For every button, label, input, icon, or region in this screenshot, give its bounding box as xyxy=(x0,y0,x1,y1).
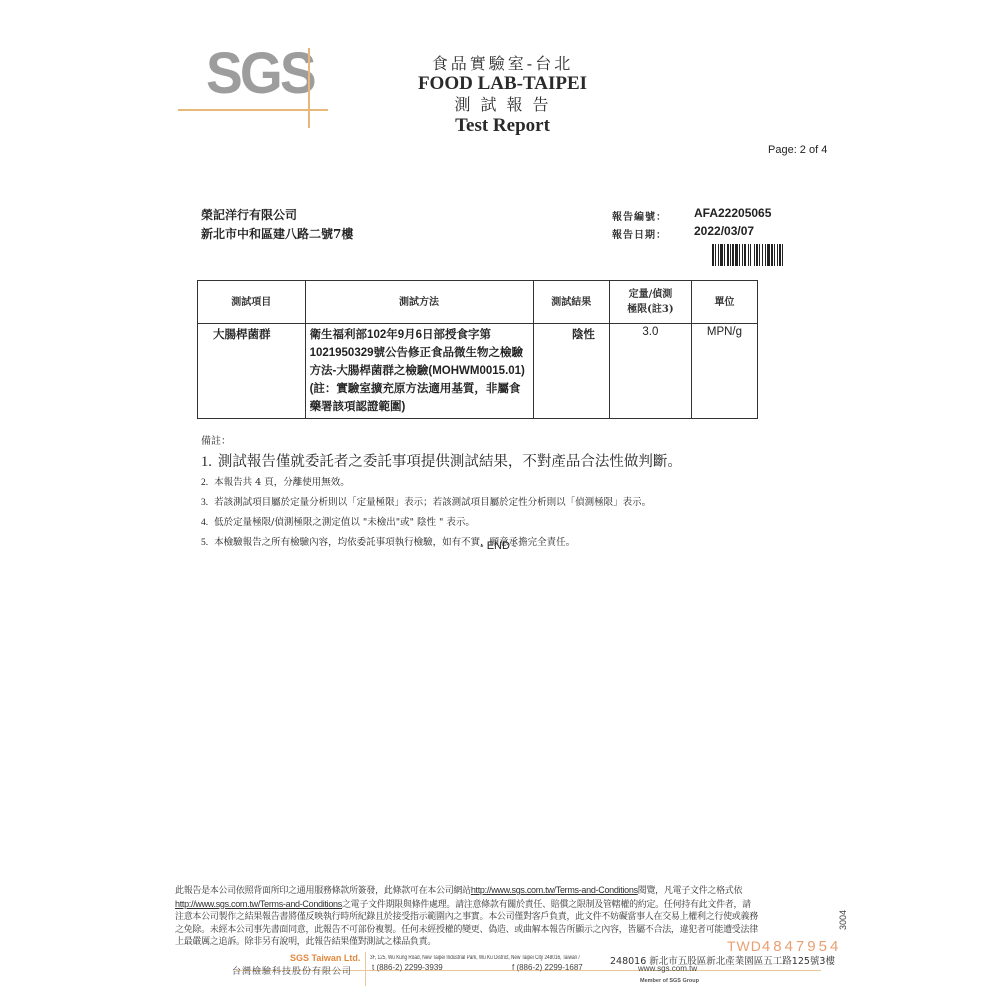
lab-title-en: FOOD LAB-TAIPEI xyxy=(400,74,605,94)
report-number-label: 報告編號： xyxy=(612,208,667,223)
header-test-item: 測試項目 xyxy=(198,281,306,324)
end-marker: - END - xyxy=(480,540,517,552)
company-fax: f (886-2) 2299-1687 xyxy=(512,963,583,972)
results-table: 測試項目 測試方法 測試結果 定量/偵測 極限(註3) 單位 大腸桿菌群 衛生福… xyxy=(197,280,758,419)
page-number: Page: 2 of 4 xyxy=(768,144,827,156)
barcode xyxy=(712,244,820,266)
report-number: AFA22205065 xyxy=(694,206,771,220)
company-name-en: SGS Taiwan Ltd. xyxy=(290,953,360,963)
cell-unit: MPN/g xyxy=(691,324,757,419)
logo-horizontal-line xyxy=(178,109,328,111)
company-address-en: 3F, 125, Wu Kung Road, New Taipei Indust… xyxy=(370,955,580,961)
document-code: 3004 xyxy=(838,910,848,930)
client-block: 榮記洋行有限公司 新北市中和區建八路二號7樓 xyxy=(201,206,353,244)
lab-title-zh: 食品實驗室-台北 xyxy=(400,54,605,74)
table-row: 大腸桿菌群 衛生福利部102年9月6日部授食字第1021950329號公告修正食… xyxy=(198,324,758,419)
cell-limit: 3.0 xyxy=(609,324,691,419)
notes-section: 備註： 1.測試報告僅就委託者之委託事項提供測試結果，不對產品合法性做判斷。 2… xyxy=(201,432,761,553)
company-phone: t (886-2) 2299-3939 xyxy=(372,963,443,972)
sgs-logo: SGS xyxy=(206,44,314,104)
header-test-method: 測試方法 xyxy=(305,281,533,324)
notes-title: 備註： xyxy=(201,432,761,447)
client-name: 榮記洋行有限公司 xyxy=(201,206,353,225)
company-name-zh: 台灣檢驗科技股份有限公司 xyxy=(232,964,352,977)
header-unit: 單位 xyxy=(691,281,757,324)
report-title-block: 食品實驗室-台北 FOOD LAB-TAIPEI 測試報告 Test Repor… xyxy=(400,54,605,136)
cell-test-method: 衛生福利部102年9月6日部授食字第1021950329號公告修正食品微生物之檢… xyxy=(305,324,533,419)
report-type-zh: 測試報告 xyxy=(400,94,605,116)
client-address: 新北市中和區建八路二號7樓 xyxy=(201,225,353,244)
note-item: 3.若該測試項目屬於定量分析則以「定量極限」表示；若該測試項目屬於定性分析則以「… xyxy=(201,493,761,513)
note-item: 1.測試報告僅就委託者之委託事項提供測試結果，不對產品合法性做判斷。 xyxy=(201,451,761,473)
cell-test-result: 陰性 xyxy=(533,324,609,419)
header-test-result: 測試結果 xyxy=(533,281,609,324)
cell-test-item: 大腸桿菌群 xyxy=(198,324,306,419)
report-date: 2022/03/07 xyxy=(694,224,754,238)
header-limit: 定量/偵測 極限(註3) xyxy=(609,281,691,324)
logo-vertical-line xyxy=(308,48,310,128)
terms-link[interactable]: http://www.sgs.com.tw/Terms-and-Conditio… xyxy=(471,885,638,895)
note-item: 2.本報告共 4 頁，分離使用無效。 xyxy=(201,473,761,493)
terms-link[interactable]: http://www.sgs.com.tw/Terms-and-Conditio… xyxy=(175,899,342,909)
report-date-label: 報告日期： xyxy=(612,226,667,241)
report-type-en: Test Report xyxy=(400,116,605,136)
header-limit-line2: 極限(註3) xyxy=(611,302,690,317)
table-header-row: 測試項目 測試方法 測試結果 定量/偵測 極限(註3) 單位 xyxy=(198,281,758,324)
company-website[interactable]: www.sgs.com.tw xyxy=(638,964,697,973)
footer-vertical-divider xyxy=(365,952,366,986)
note-item: 4.低於定量極限/偵測極限之測定值以 "未檢出"或" 陰性 " 表示。 xyxy=(201,513,761,533)
header-limit-line1: 定量/偵測 xyxy=(611,287,690,302)
member-of-sgs: Member of SGS Group xyxy=(640,978,699,984)
